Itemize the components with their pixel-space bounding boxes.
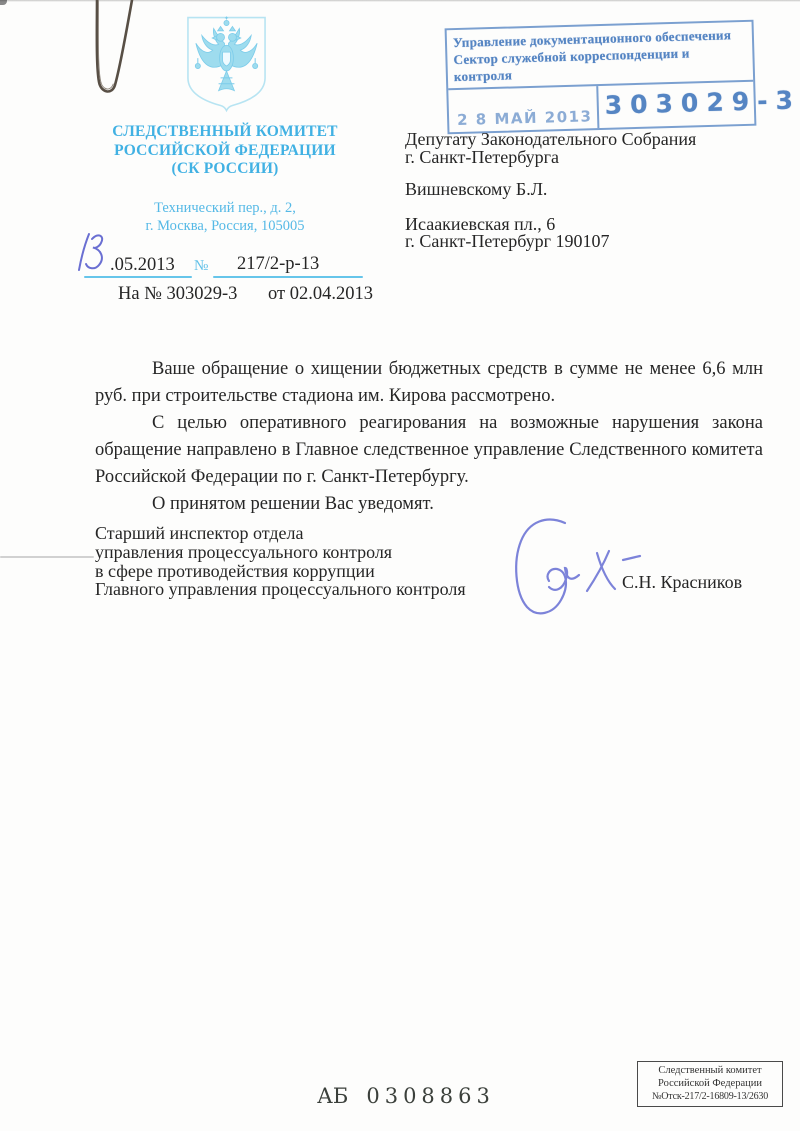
body-paragraph-3: О принятом решении Вас уведомят.	[95, 491, 763, 518]
org-name-line3: (СК РОССИИ)	[90, 160, 360, 179]
address-line2: г. Москва, Россия, 105005	[90, 218, 360, 236]
paper-clip-icon	[88, 0, 138, 104]
recipient-line2: г. Санкт-Петербурга	[405, 149, 696, 167]
org-name-line1: СЛЕДСТВЕННЫЙ КОМИТЕТ	[90, 123, 360, 142]
ref-number-sign: №	[194, 258, 208, 275]
scanned-letter-page: Управление документационного обеспечения…	[0, 0, 800, 1131]
body-paragraph-2: С целью оперативного реагирования на воз…	[95, 410, 763, 491]
russia-coat-of-arms-icon	[183, 14, 270, 114]
ref-outgoing-number: 217/2-р-13	[237, 254, 319, 275]
form-number: 0308863	[366, 1084, 495, 1108]
signer-name: С.Н. Красников	[622, 572, 742, 593]
handwritten-signature-icon	[503, 513, 653, 621]
ref-date-typed: .05.2013	[110, 255, 175, 276]
registry-stamp-box: Следственный комитет Российской Федераци…	[637, 1061, 783, 1107]
recipient-line5: г. Санкт-Петербург 190107	[405, 233, 696, 251]
registration-stamp: Управление документационного обеспечения…	[445, 20, 757, 135]
body-paragraph-1: Ваше обращение о хищении бюджетных средс…	[95, 356, 763, 410]
ref-date-underline	[84, 276, 192, 278]
form-serial: АБ0308863	[317, 1084, 495, 1108]
recipient-block: Депутату Законодательного Собрания г. Са…	[405, 131, 696, 251]
registry-line2: Российской Федерации	[639, 1077, 781, 1090]
ref-number-underline	[213, 276, 363, 278]
stamp-incoming-number: 303029-3	[604, 85, 800, 119]
letterhead-org-name: СЛЕДСТВЕННЫЙ КОМИТЕТ РОССИЙСКОЙ ФЕДЕРАЦИ…	[90, 123, 360, 179]
in-reply-number: 303029-3	[166, 284, 237, 304]
address-line1: Технический пер., д. 2,	[90, 200, 360, 218]
registry-line1: Следственный комитет	[639, 1064, 781, 1077]
in-reply-line: На № 303029-3 от 02.04.2013	[118, 284, 373, 305]
in-reply-prefix: На №	[118, 284, 162, 304]
recipient-line3: Вишневскому Б.Л.	[405, 181, 696, 199]
stamp-number-cell: 303029-3	[596, 82, 754, 128]
scan-stray-line	[0, 556, 94, 558]
letter-body: Ваше обращение о хищении бюджетных средс…	[95, 356, 763, 518]
scan-corner-speck	[0, 0, 7, 5]
recipient-line1: Депутату Законодательного Собрания	[405, 131, 696, 149]
handwritten-day-ink	[72, 230, 114, 282]
stamp-date-received: 2 8 МАЙ 2013	[457, 107, 593, 129]
stamp-dept-line2: Сектор служебной корреспонденции и контр…	[453, 43, 747, 85]
stamp-date-cell: 2 8 МАЙ 2013	[448, 86, 597, 132]
letterhead-address: Технический пер., д. 2, г. Москва, Росси…	[90, 200, 360, 235]
registry-line3: №Отск-217/2-16809-13/2630	[639, 1090, 781, 1103]
org-name-line2: РОССИЙСКОЙ ФЕДЕРАЦИИ	[90, 142, 360, 161]
in-reply-date: от 02.04.2013	[268, 284, 373, 304]
form-series: АБ	[317, 1084, 348, 1108]
